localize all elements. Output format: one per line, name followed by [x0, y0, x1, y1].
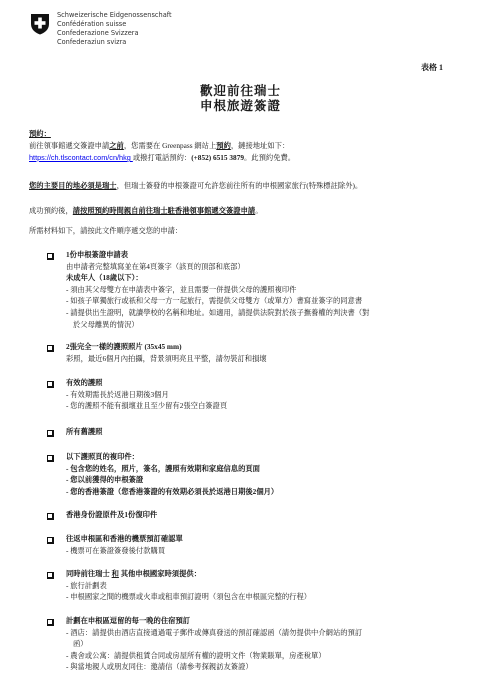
appointment-text: 。此預約免費。	[244, 153, 295, 162]
notice-main-destination: 您的主要目的地必須是瑞士，但瑞士簽發的申根簽證可允許您前往所有的申根國家旅行(特…	[29, 180, 362, 192]
item-line: - 請提供出生證明，就讀學校的名稱和地址。如適用，請提供法院對於孩子撫養權的判決…	[66, 307, 369, 319]
item-title: 計劃在申根區逗留的每一晚的住宿預訂	[66, 615, 362, 627]
federation-name-it: Confederazione Svizzera	[57, 29, 172, 38]
checklist-item-application-form: 1份申根簽證申請表 由申請者完整填寫並在第4頁簽字（該頁的頂部和底部） 未成年人…	[66, 249, 369, 330]
checkbox-passport-photos[interactable]	[47, 345, 54, 352]
notice-in-person: 成功預約後，請按照預約時間親自前往瑞士駐香港領事館遞交簽證申請。	[29, 205, 263, 217]
item-line: 彩照，最近6個月內拍攝，背景須明亮且平整，請勿裝訂和損壞	[66, 353, 267, 365]
checklist-item-old-passports: 所有舊護照	[66, 426, 102, 438]
item-title: 以下護照頁的複印件：	[66, 451, 278, 463]
notice-emph: 您的主要目的地必須是瑞士	[29, 181, 117, 190]
checkbox-flight-booking[interactable]	[47, 537, 54, 544]
appointment-book-emph: 預約	[216, 141, 231, 150]
item-title: 往返申根區和香港的機票預訂確認單	[66, 533, 183, 545]
notice-emph: 請按照預約時間親自前往瑞士駐香港領事館遞交簽證申請	[73, 206, 255, 215]
item-line: - 旅行計劃表	[66, 580, 311, 592]
item-line: - 如孩子單獨旅行或祇和父母一方一起旅行，需提供父母雙方（或單方）書寫並簽字的同…	[66, 295, 369, 307]
checklist-item-accommodation: 計劃在申根區逗留的每一晚的住宿預訂 - 酒店：請提供由酒店直接通過電子郵件或傳真…	[66, 615, 362, 673]
federation-name-de: Schweizerische Eidgenossenschaft	[57, 11, 172, 20]
title-line-1: 歡迎前往瑞士	[0, 84, 481, 99]
item-line: - 酒店：請提供由酒店直接通過電子郵件或傳真發送的預訂確認函（請勿提供中介網站的…	[66, 627, 362, 639]
tlscontact-link[interactable]: https://ch.tlscontact.com/cn/hkg	[29, 153, 133, 162]
item-line: - 機票可在簽證簽發後付款購買	[66, 545, 183, 557]
item-line: - 有效期需長於返港日期後3個月	[66, 389, 227, 401]
item-line: - 農舍或公寓：請提供租賃合同或房屋所有權的證明文件（物業賬單，房產稅單）	[66, 650, 362, 662]
item-line: 於父母離異的情況）	[66, 319, 369, 331]
document-header: Schweizerische Eidgenossenschaft Confédé…	[30, 11, 172, 47]
item-line: 函）	[66, 638, 362, 650]
checklist-item-valid-passport: 有效的護照 - 有效期需長於返港日期後3個月 - 您的護照不能有損壞並且至少留有…	[66, 377, 227, 412]
item-title: 2張完全一樣的護照照片 (35x45 mm)	[66, 341, 267, 353]
checkbox-passport-copies[interactable]	[47, 455, 54, 462]
item-line: 由申請者完整填寫並在第4頁簽字（該頁的頂部和底部）	[66, 261, 369, 273]
appointment-line-2: https://ch.tlscontact.com/cn/hkg 或撥打電話預約…	[29, 152, 295, 164]
appointment-text: ，您需要在 Greenpass 網站上	[124, 141, 216, 150]
title-line-2: 申根旅遊簽證	[0, 99, 481, 114]
item-title: 所有舊護照	[66, 426, 102, 438]
item-title-and-emph: 和	[112, 569, 119, 578]
notice-text: ，但瑞士簽發的申根簽證可允許您前往所有的申根國家旅行(特殊標註除外)。	[117, 181, 363, 190]
checklist-item-passport-photos: 2張完全一樣的護照照片 (35x45 mm) 彩照，最近6個月內拍攝，背景須明亮…	[66, 341, 267, 364]
checklist-item-multi-country: 同時前往瑞士 和 其他申根國家時須提供： - 旅行計劃表 - 申根國家之間的機票…	[66, 568, 311, 603]
item-line: 未成年人（18歲以下）：	[66, 272, 369, 284]
checkbox-valid-passport[interactable]	[47, 381, 54, 388]
item-line: - 須由其父母雙方在申請表中簽字，並且需要一併提供父母的護照複印件	[66, 284, 369, 296]
appointment-section: 預約： 前往領事館遞交簽證申請之前，您需要在 Greenpass 網站上預約，鏈…	[29, 128, 295, 164]
checkbox-accommodation[interactable]	[47, 619, 54, 626]
item-line: - 您以前獲得的申根簽證	[66, 474, 278, 486]
checklist-item-flight-booking: 往返申根區和香港的機票預訂確認單 - 機票可在簽證簽發後付款購買	[66, 533, 183, 556]
item-title-part: 同時前往瑞士	[66, 569, 112, 578]
checklist-item-hkid: 香港身份證原件及1份復印件	[66, 509, 157, 521]
checkbox-application-form[interactable]	[47, 253, 54, 260]
swiss-crest-icon	[30, 13, 50, 35]
appointment-line-1: 前往領事館遞交簽證申請之前，您需要在 Greenpass 網站上預約，鏈接地址如…	[29, 140, 295, 152]
item-line: - 申根國家之間的機票或火車或租車預訂證明（須包含在申根區完整的行程）	[66, 591, 311, 603]
appointment-text: ，鏈接地址如下：	[231, 141, 289, 150]
appointment-heading: 預約：	[29, 128, 295, 140]
phone-number: (+852) 6515 3879	[191, 153, 244, 162]
federation-names: Schweizerische Eidgenossenschaft Confédé…	[57, 11, 172, 47]
checklist-item-passport-copies: 以下護照頁的複印件： - 包含您的姓名，照片，簽名，護照有效期和家庭信息的頁面 …	[66, 451, 278, 497]
federation-name-rm: Confederaziun svizra	[57, 38, 172, 47]
page-title: 歡迎前往瑞士 申根旅遊簽證	[0, 84, 481, 114]
item-line: - 包含您的姓名，照片，簽名，護照有效期和家庭信息的頁面	[66, 463, 278, 475]
item-title: 有效的護照	[66, 377, 227, 389]
checkbox-old-passports[interactable]	[47, 430, 54, 437]
notice-required-materials: 所需材料如下，請按此文件順序遞交您的申請：	[29, 225, 182, 237]
form-label: 表格 1	[421, 62, 443, 73]
item-line: - 與當地親人或朋友同住：邀請信（請參考探親訪友簽證）	[66, 661, 362, 673]
item-line: - 您的護照不能有損壞並且至少留有2張空白簽證頁	[66, 400, 227, 412]
federation-name-fr: Confédération suisse	[57, 20, 172, 29]
checkbox-hkid[interactable]	[47, 513, 54, 520]
item-title: 香港身份證原件及1份復印件	[66, 509, 157, 521]
notice-text: 成功預約後，	[29, 206, 73, 215]
item-title: 同時前往瑞士 和 其他申根國家時須提供：	[66, 568, 311, 580]
checkbox-multi-country[interactable]	[47, 572, 54, 579]
item-line: - 您的香港簽證（您香港簽證的有效期必須長於返港日期後2個月）	[66, 486, 278, 498]
item-title-part: 其他申根國家時須提供：	[119, 569, 201, 578]
appointment-text: 或撥打電話預約：	[133, 153, 191, 162]
notice-text: 。	[255, 206, 262, 215]
appointment-before-emph: 之前	[109, 141, 124, 150]
item-title: 1份申根簽證申請表	[66, 249, 369, 261]
appointment-text: 前往領事館遞交簽證申請	[29, 141, 109, 150]
